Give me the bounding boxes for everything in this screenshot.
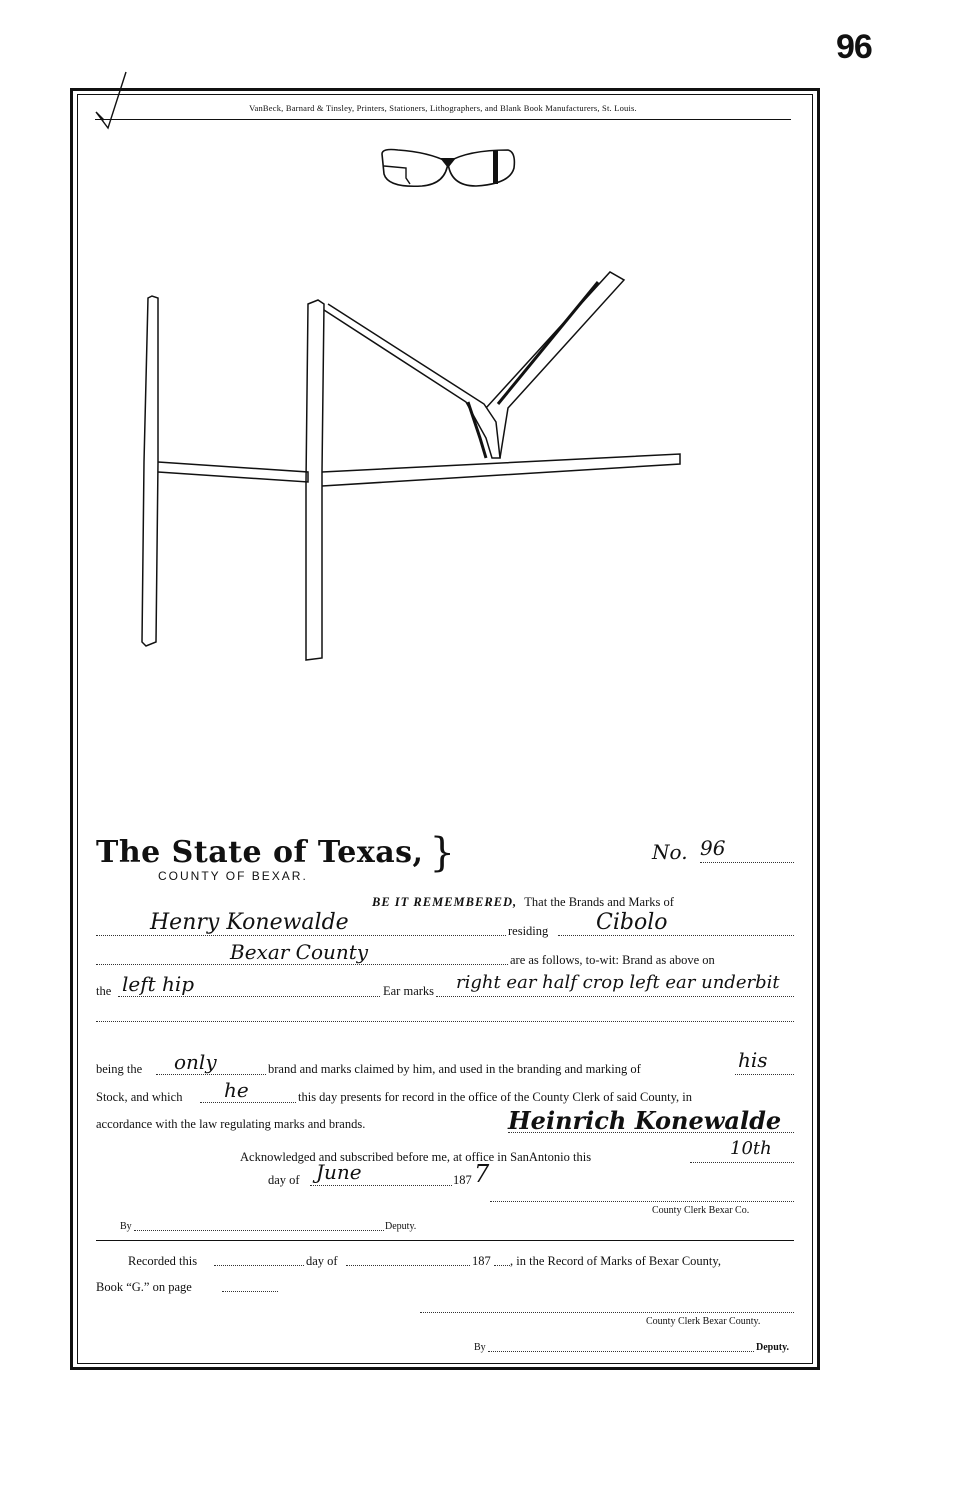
record-number-label: No.	[652, 840, 688, 864]
ack-month-field[interactable]: June	[316, 1160, 362, 1184]
ack-deputy-label: Deputy.	[385, 1221, 416, 1232]
page-number: 96	[836, 28, 872, 67]
recording-deputy-label: Deputy.	[756, 1342, 789, 1353]
ear-marks-dotted-line	[436, 996, 794, 997]
county-dotted-line	[96, 964, 508, 965]
ear-marks-field[interactable]: right ear half crop left ear underbit	[456, 972, 780, 993]
county-heading: COUNTY OF BEXAR.	[158, 869, 308, 883]
ack-day-field[interactable]: 10th	[730, 1138, 772, 1159]
recorded-day-of-label: day of	[306, 1254, 338, 1269]
recording-clerk-dotted-line	[420, 1312, 794, 1313]
recorded-month-dotted-line	[346, 1265, 470, 1266]
presents-text: this day presents for record in the offi…	[298, 1090, 692, 1105]
recorded-day-dotted-line	[214, 1265, 304, 1266]
recording-clerk-label: County Clerk Bexar County.	[646, 1316, 760, 1327]
residence-field[interactable]: Cibolo	[596, 910, 667, 935]
recording-deputy-dotted-line	[488, 1351, 754, 1352]
ack-day-of-label: day of	[268, 1173, 300, 1188]
acknowledgement-text: Acknowledged and subscribed before me, a…	[240, 1150, 591, 1165]
ack-month-dotted-line	[310, 1185, 452, 1186]
clerk-signature-dotted-line	[490, 1201, 794, 1202]
printer-imprint: VanBeck, Barnard & Tinsley, Printers, St…	[95, 103, 791, 113]
recorded-year-label: 187	[472, 1254, 491, 1269]
being-the-field[interactable]: only	[174, 1050, 217, 1074]
being-the-label: being the	[96, 1062, 142, 1077]
residence-dotted-line	[558, 935, 794, 936]
divider	[95, 119, 791, 120]
section-divider	[96, 1240, 794, 1241]
owner-dotted-line	[96, 935, 506, 936]
ack-year-field[interactable]: 7	[474, 1160, 489, 1188]
brand-drawing	[128, 262, 688, 664]
county-field[interactable]: Bexar County	[230, 940, 368, 964]
ack-by-label: By	[120, 1221, 132, 1232]
owner-name-field[interactable]: Henry Konewalde	[150, 910, 349, 935]
being-the-dotted-line	[156, 1074, 266, 1075]
blank-dotted-line	[96, 1021, 794, 1022]
stock-label: Stock, and which	[96, 1090, 182, 1105]
brand-claimed-text: brand and marks claimed by him, and used…	[268, 1062, 641, 1077]
recorded-year-dotted-line	[494, 1265, 510, 1266]
pronoun-he-dotted-line	[200, 1102, 296, 1103]
ack-year-prefix: 187	[453, 1173, 472, 1188]
brand-location-field[interactable]: left hip	[122, 972, 194, 996]
accordance-text: accordance with the law regulating marks…	[96, 1117, 365, 1132]
clerk-label: County Clerk Bexar Co.	[652, 1205, 749, 1216]
intro-text: That the Brands and Marks of	[524, 895, 674, 909]
book-page-dotted-line	[222, 1291, 278, 1292]
pronoun-his-dotted-line	[735, 1074, 794, 1075]
record-number-field[interactable]: 96	[700, 836, 794, 863]
document-title: The State of Texas,}	[96, 826, 455, 872]
be-it-remembered: BE IT REMEMBERED,	[372, 895, 517, 909]
state-title-text: The State of Texas,	[96, 835, 424, 870]
brace: }	[430, 830, 456, 876]
ack-deputy-dotted-line	[134, 1230, 384, 1231]
ack-day-dotted-line	[690, 1162, 794, 1163]
pronoun-his-field[interactable]: his	[738, 1048, 768, 1072]
the-label: the	[96, 984, 111, 999]
ear-mark-diagram	[378, 144, 518, 190]
book-label: Book “G.” on page	[96, 1280, 192, 1295]
brand-location-dotted-line	[118, 996, 380, 997]
follows-text: are as follows, to-wit: Brand as above o…	[510, 953, 715, 968]
recorded-label: Recorded this	[128, 1254, 197, 1269]
owner-signature[interactable]: Heinrich Konewalde	[508, 1106, 781, 1135]
residing-label: residing	[508, 924, 548, 939]
remembered-line: BE IT REMEMBERED, That the Brands and Ma…	[372, 895, 674, 910]
pronoun-he-field[interactable]: he	[224, 1078, 249, 1102]
record-text: , in the Record of Marks of Bexar County…	[510, 1254, 721, 1269]
recording-by-label: By	[474, 1342, 486, 1353]
ear-marks-label: Ear marks	[383, 984, 434, 999]
